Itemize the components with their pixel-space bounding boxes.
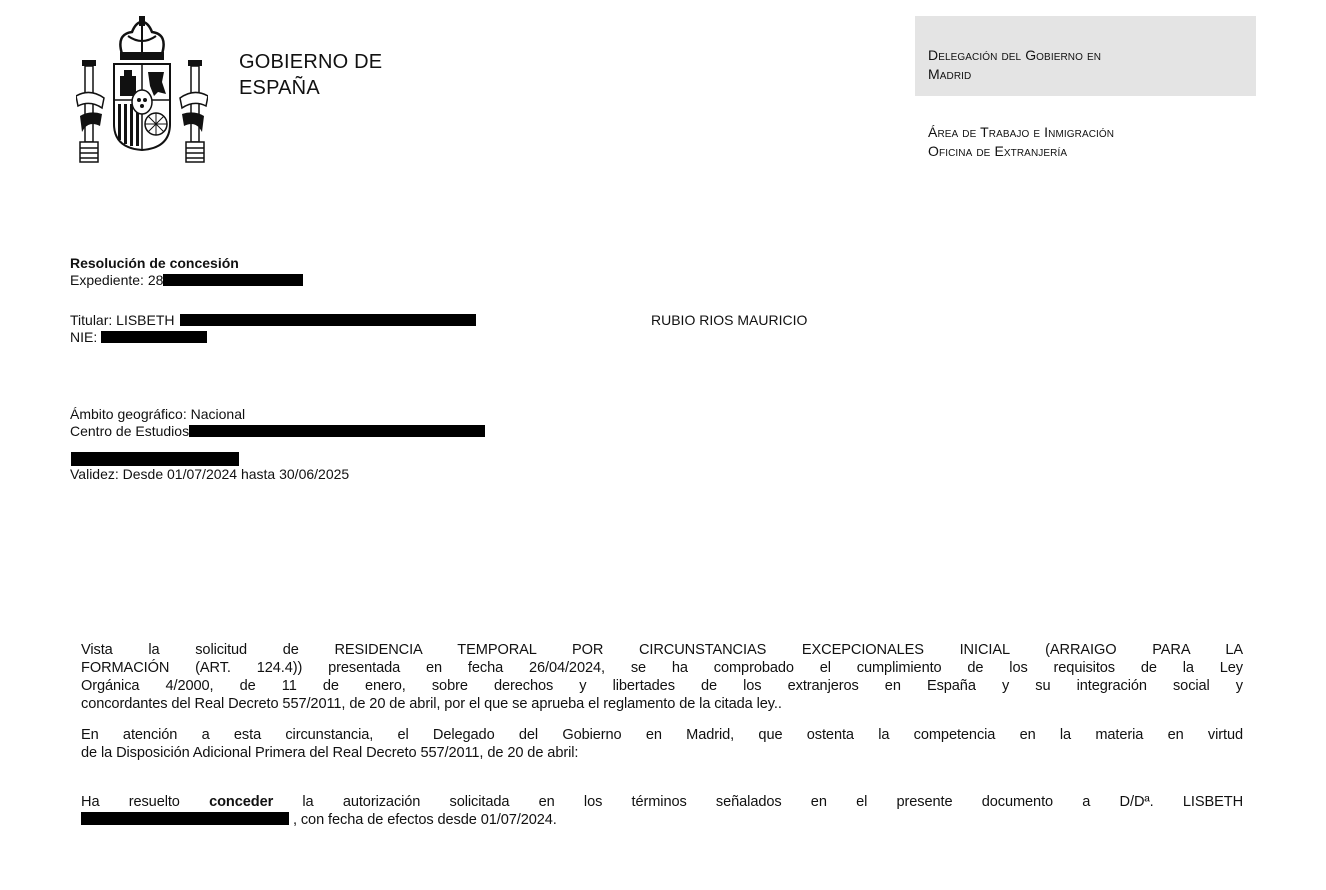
ambito-line: Ámbito geográfico: Nacional	[70, 406, 245, 423]
p2-line1: En atención a esta circunstancia, el Del…	[81, 726, 1243, 744]
delegation-line2: Madrid	[928, 65, 1101, 84]
centro-label: Centro de Estudios	[70, 423, 189, 439]
paragraph-request: Vista la solicitud de RESIDENCIA TEMPORA…	[81, 641, 1243, 713]
office-name: Área de Trabajo e Inmigración Oficina de…	[928, 123, 1114, 161]
delegation-line1: Delegación del Gobierno en	[928, 46, 1101, 65]
nie-label: NIE:	[70, 329, 97, 345]
government-title: GOBIERNO DE ESPAÑA	[239, 49, 382, 101]
redaction-box	[71, 452, 239, 466]
redaction-box	[163, 274, 303, 286]
p3-prefix: Ha resuelto	[81, 794, 209, 810]
titular-label: Titular: LISBETH	[70, 312, 175, 328]
nie-line: NIE:	[70, 329, 207, 346]
gov-title-line2: ESPAÑA	[239, 75, 382, 101]
p1-line1: Vista la solicitud de RESIDENCIA TEMPORA…	[81, 641, 1243, 659]
p1-line3: Orgánica 4/2000, de 11 de enero, sobre d…	[81, 677, 1243, 695]
p3-line1: Ha resuelto conceder la autorización sol…	[81, 793, 1243, 811]
p3-bold-verb: conceder	[209, 794, 273, 810]
paragraph-resolution: Ha resuelto conceder la autorización sol…	[81, 793, 1243, 829]
p2-line2: de la Disposición Adicional Primera del …	[81, 744, 1243, 762]
redaction-box	[101, 331, 207, 343]
paragraph-competence: En atención a esta circunstancia, el Del…	[81, 726, 1243, 762]
gov-title-line1: GOBIERNO DE	[239, 49, 382, 75]
area-line2: Oficina de Extranjería	[928, 142, 1114, 161]
redaction-box	[81, 812, 289, 825]
representative-name: RUBIO RIOS MAURICIO	[651, 312, 807, 329]
p3-line2: , con fecha de efectos desde 01/07/2024.	[81, 811, 1243, 829]
p1-line2: FORMACIÓN (ART. 124.4)) presentada en fe…	[81, 659, 1243, 677]
spain-coat-of-arms-icon	[76, 16, 208, 166]
titular-line: Titular: LISBETH	[70, 312, 476, 329]
centro-line: Centro de Estudios	[70, 423, 485, 440]
p3-suffix: la autorización solicitada en los términ…	[273, 794, 1243, 810]
delegation-box: Delegación del Gobierno en Madrid	[915, 16, 1256, 96]
area-line1: Área de Trabajo e Inmigración	[928, 123, 1114, 142]
redaction-box	[189, 425, 485, 437]
redaction-box	[180, 314, 476, 326]
delegation-name: Delegación del Gobierno en Madrid	[928, 46, 1101, 84]
expediente-line: Expediente: 28	[70, 272, 303, 289]
expediente-label: Expediente: 28	[70, 272, 163, 288]
p1-line4: concordantes del Real Decreto 557/2011, …	[81, 695, 1243, 713]
validity-line: Validez: Desde 01/07/2024 hasta 30/06/20…	[70, 466, 349, 483]
resolution-title: Resolución de concesión	[70, 255, 239, 272]
p3-line2-text: , con fecha de efectos desde 01/07/2024.	[289, 812, 557, 828]
